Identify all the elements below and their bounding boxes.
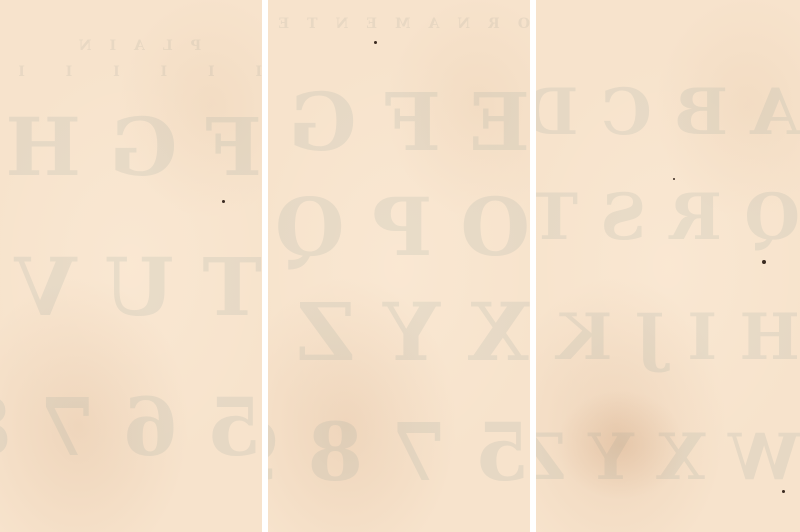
showthrough-letters: E F G H [268, 75, 530, 169]
paper-panel-middle: ORNAMENTED E F G H O P Q R X Y Z & 5 7 8… [268, 0, 530, 532]
showthrough-caption: ORNAMENTED [268, 16, 530, 32]
showthrough-caption: PLAIN [0, 38, 262, 54]
showthrough-letters: O P Q R [268, 180, 530, 274]
showthrough-letters: T U V W [0, 240, 262, 334]
paper-panel-left: PLAIN I I I I I I I F G H I J T U V W 5 … [0, 0, 262, 532]
showthrough-rule: I I I I I I I [0, 64, 262, 80]
showthrough-letters: H I J K L M [536, 300, 800, 375]
paper-panel-right: A B C D E F Q R S T U V H I J K L M W X … [536, 0, 800, 532]
paper-speck [782, 490, 785, 493]
paper-speck [374, 41, 377, 44]
paper-speck [673, 178, 675, 180]
showthrough-numerals: 5 6 7 8 [0, 380, 262, 474]
showthrough-numerals: 5 7 8 9 [268, 405, 530, 499]
paper-speck [762, 260, 766, 264]
showthrough-letters: A B C D E F [536, 75, 800, 150]
showthrough-letters: F G H I J [0, 100, 262, 194]
showthrough-letters: X Y Z & [268, 285, 530, 379]
showthrough-letters: Q R S T U V [536, 180, 800, 255]
paper-stain [556, 390, 686, 500]
paper-speck [222, 200, 225, 203]
